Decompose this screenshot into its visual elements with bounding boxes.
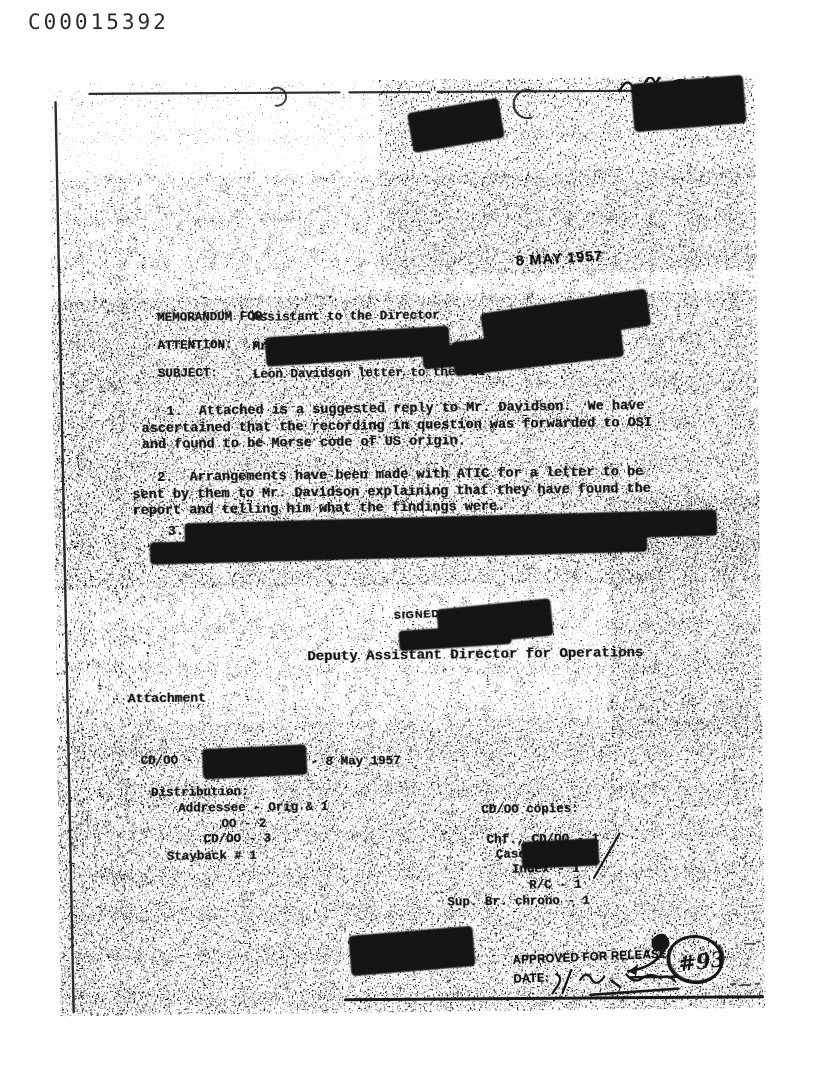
- subject-label: SUBJECT:: [158, 366, 218, 381]
- punch-hole-icon: [514, 90, 536, 118]
- stray-mark-icon: [747, 942, 760, 944]
- routing-prefix: CD/OO -: [141, 754, 194, 769]
- signed-stamp: SIGNED: [394, 608, 441, 622]
- approved-for-release-stamp: APPROVED FOR RELEASE DATE:: [512, 945, 667, 989]
- handwritten-underline: [590, 989, 678, 995]
- para1-line3: and found to be Morse code of US origin.: [142, 434, 466, 453]
- redaction-top-center: [407, 98, 504, 153]
- punch-hole-icon: [271, 88, 286, 106]
- distribution-item-2: OO - 2: [221, 817, 266, 832]
- scanned-page: MEMORANDUM FOR: Assistant to the Directo…: [49, 76, 765, 1017]
- distribution-title: Distribution:: [151, 785, 249, 800]
- attachment-note: Attachment: [128, 690, 206, 706]
- distribution-item-1: Addressee - Orig & 1: [178, 800, 328, 816]
- signature-title: Deputy Assistant Director for Operations: [307, 645, 643, 665]
- scan-canvas: C00015392: [0, 0, 832, 1080]
- redaction-routing-name: [202, 744, 307, 779]
- distribution-item-3: CD/OO - 3: [203, 832, 271, 847]
- attention-label: ATTENTION:: [157, 338, 232, 353]
- page-bottom-edge-line: [346, 995, 763, 1002]
- redaction-top-right: [631, 75, 747, 132]
- copies-item-4: R/C - 1: [529, 878, 582, 893]
- document-id: C00015392: [28, 10, 169, 34]
- page-left-edge-line: [56, 102, 74, 1012]
- copies-title: CD/OO copies:: [481, 802, 579, 817]
- page-number-circle: [666, 934, 724, 985]
- page-top-edge-line: [89, 86, 694, 97]
- subject-value: Leon Davidson letter to the DCI: [253, 365, 486, 382]
- stray-mark-icon: [731, 984, 759, 985]
- page-number-tag: #93: [677, 946, 726, 976]
- distribution-item-4: Stayback # 1: [167, 849, 257, 864]
- memo-for-value: Assistant to the Director: [252, 309, 440, 325]
- date-stamp: 8 MAY 1957: [515, 248, 603, 270]
- redaction-case-number: [521, 838, 599, 869]
- routing-date: - 8 May 1957: [311, 754, 401, 769]
- page-number-circle-overstroke: [669, 945, 723, 981]
- para3-number: 3.: [168, 525, 184, 540]
- redaction-bottom-center: [349, 926, 476, 976]
- copies-item-5: Sup. Br. chrono - 1: [447, 894, 590, 910]
